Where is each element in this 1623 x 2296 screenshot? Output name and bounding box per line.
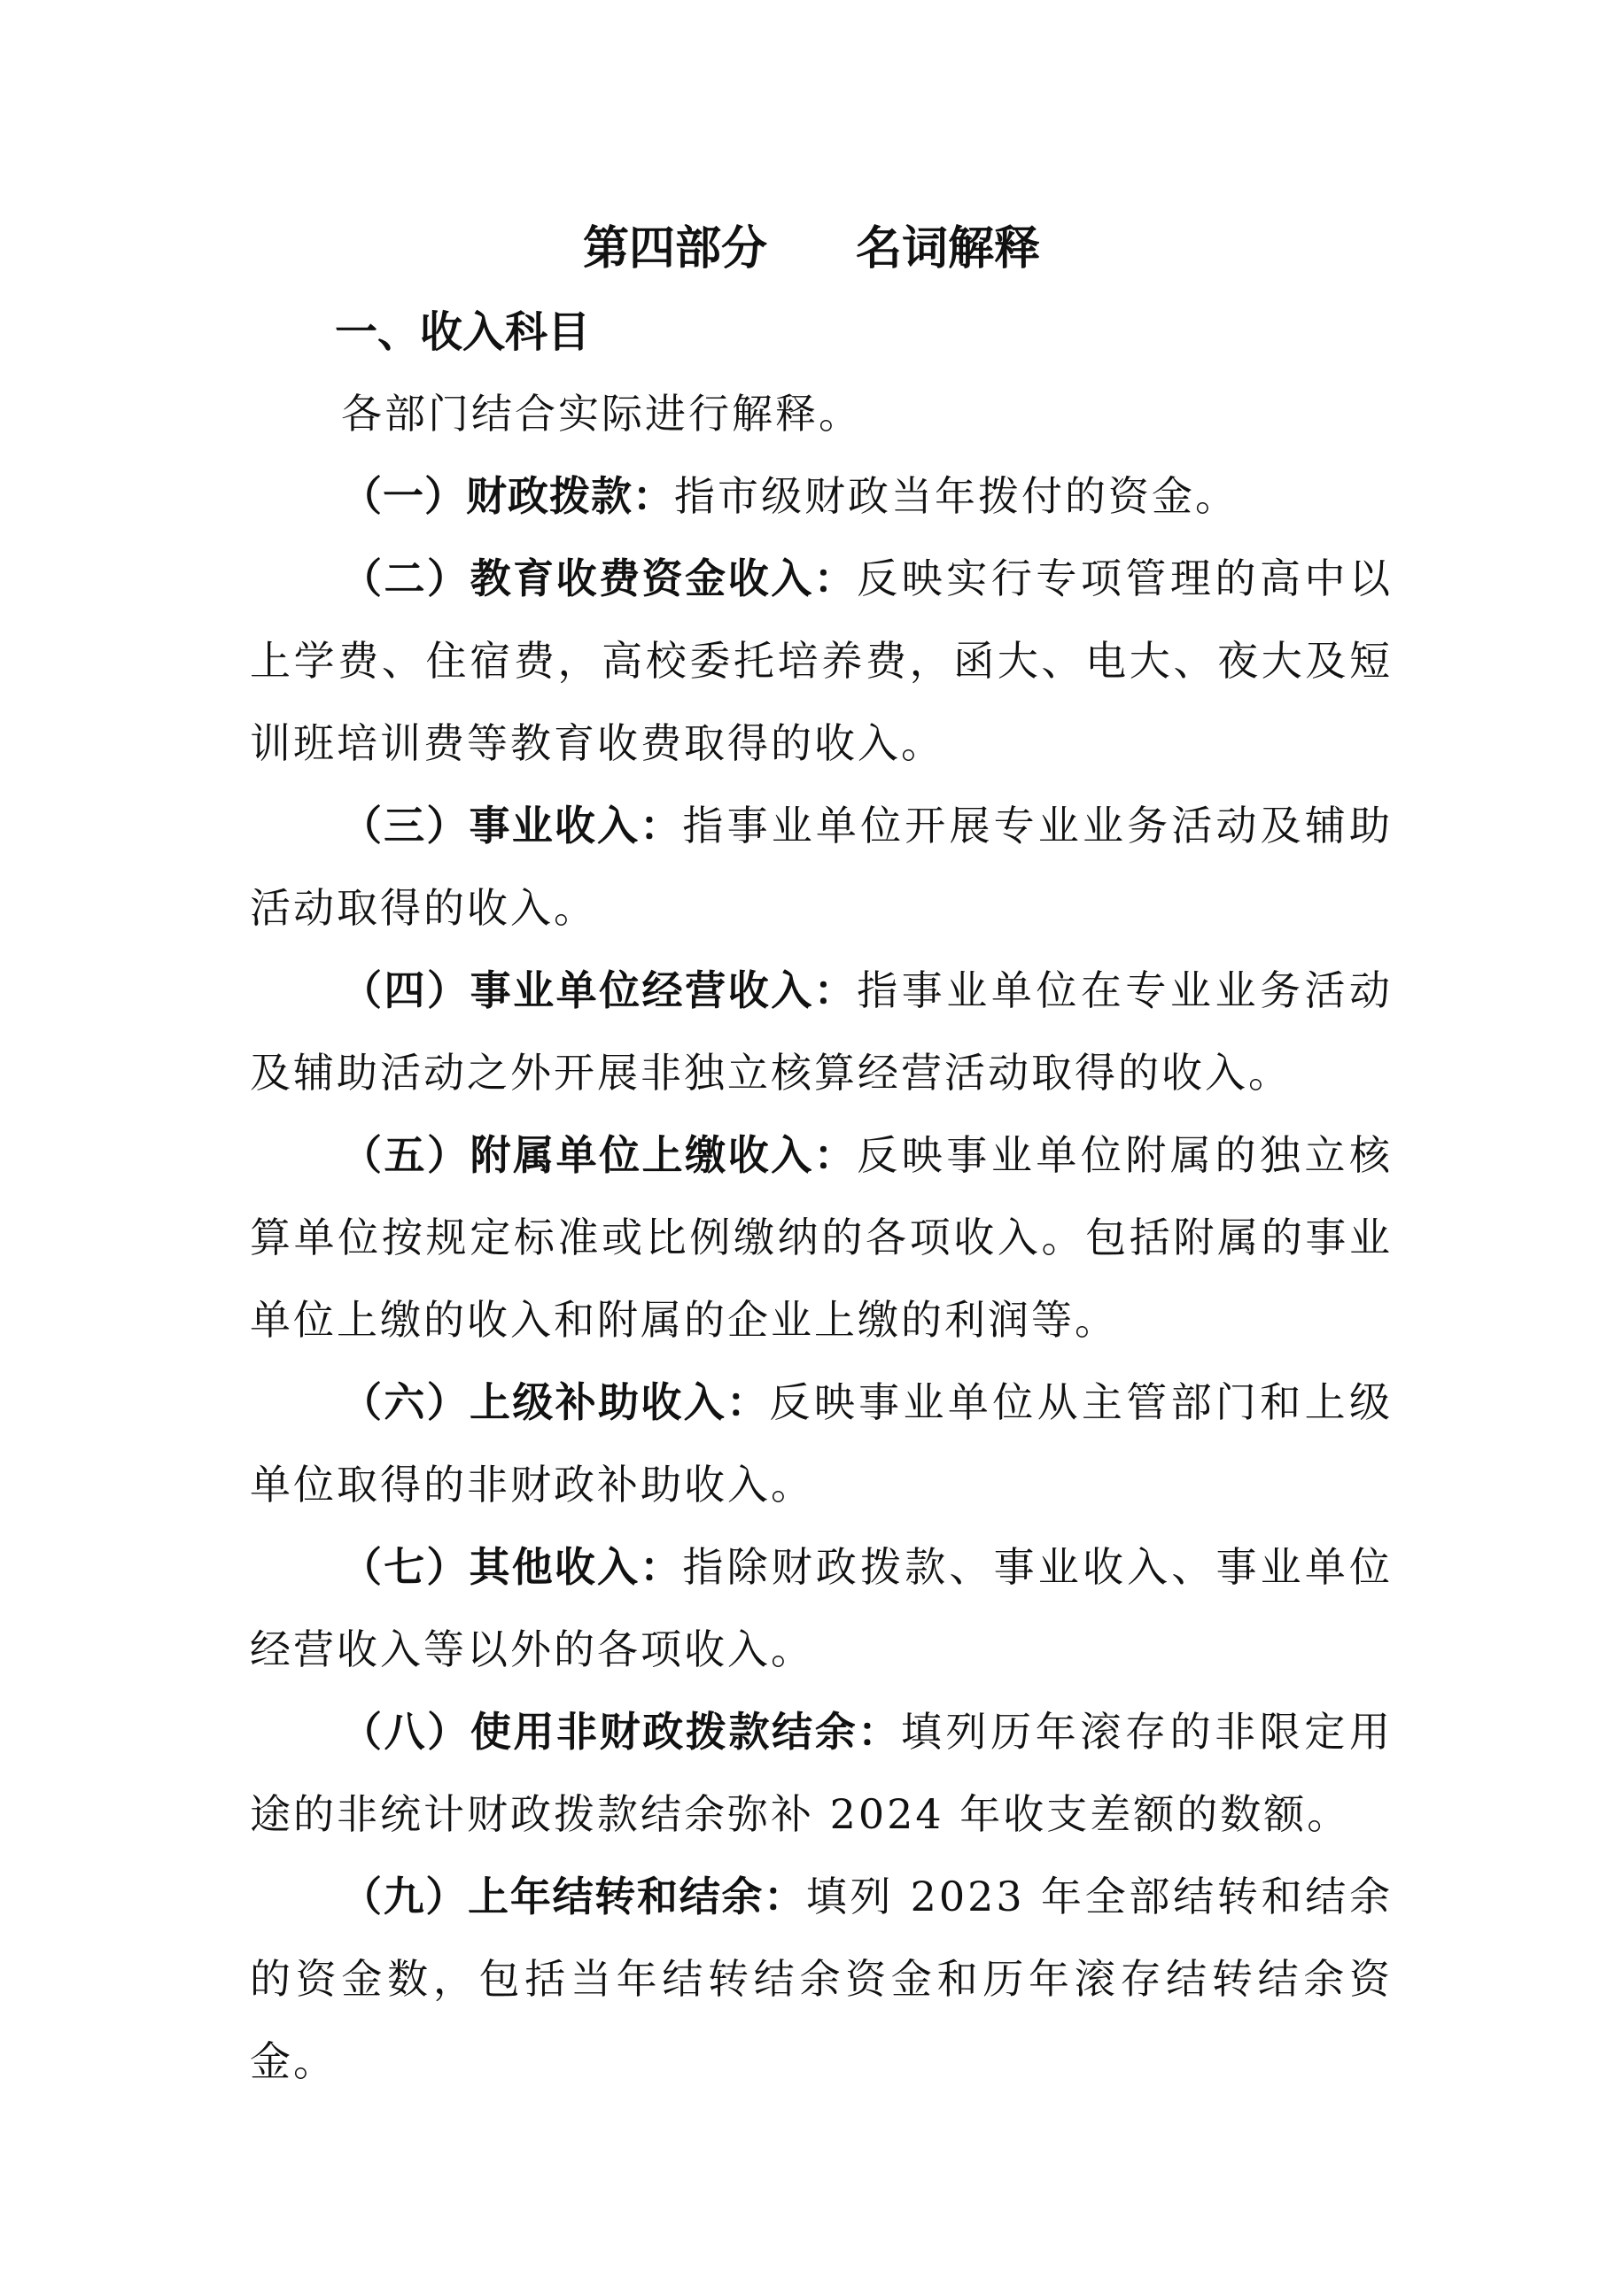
definition-paragraph: （二）教育收费资金收入：反映实行专项管理的高中以上学费、住宿费，高校委托培养费，… [250, 538, 1393, 785]
page-title: 第四部分名词解释 [0, 218, 1623, 280]
term-label: （二）教育收费资金收入： [341, 555, 857, 602]
definition-paragraph: （五）附属单位上缴收入：反映事业单位附属的独立核算单位按规定标准或比例缴纳的各项… [250, 1114, 1393, 1361]
intro-paragraph: 各部门结合实际进行解释。 [250, 373, 1393, 455]
definition-paragraph: （四）事业单位经营收入：指事业单位在专业业务活动及辅助活动之外开展非独立核算经营… [250, 950, 1393, 1114]
term-label: （四）事业单位经营收入： [341, 966, 857, 1014]
definition-paragraph: （三）事业收入：指事业单位开展专业业务活动及辅助活动取得的收入。 [250, 785, 1393, 950]
term-label: （九）上年结转和结余： [341, 1873, 806, 1920]
term-label: （六）上级补助收入： [341, 1378, 769, 1426]
term-label: （三）事业收入： [341, 802, 682, 849]
definition-paragraph: （一）财政拨款：指市级财政当年拨付的资金。 [250, 455, 1393, 538]
document-body: 各部门结合实际进行解释。 （一）财政拨款：指市级财政当年拨付的资金。 （二）教育… [250, 373, 1393, 2103]
definition-paragraph: （八）使用非财政拨款结余：填列历年滚存的非限定用途的非统计财政拨款结余弥补 20… [250, 1691, 1393, 1856]
definition-paragraph: （九）上年结转和结余：填列 2023 年全部结转和结余的资金数，包括当年结转结余… [250, 1856, 1393, 2103]
section-heading: 一、收入科目 [335, 301, 590, 363]
term-label: （五）附属单位上缴收入： [341, 1131, 857, 1179]
title-name: 名词解释 [856, 222, 1040, 275]
term-definition: 指市级财政当年拨付的资金。 [674, 472, 1239, 520]
definition-paragraph: （六）上级补助收入：反映事业单位从主管部门和上级单位取得的非财政补助收入。 [250, 1361, 1393, 1526]
term-label: （一）财政拨款： [341, 472, 674, 520]
term-label: （八）使用非财政拨款结余： [341, 1708, 901, 1756]
title-part: 第四部分 [583, 222, 767, 275]
definition-paragraph: （七）其他收入：指除财政拨款、事业收入、事业单位经营收入等以外的各项收入。 [250, 1526, 1393, 1691]
term-label: （七）其他收入： [341, 1543, 682, 1591]
